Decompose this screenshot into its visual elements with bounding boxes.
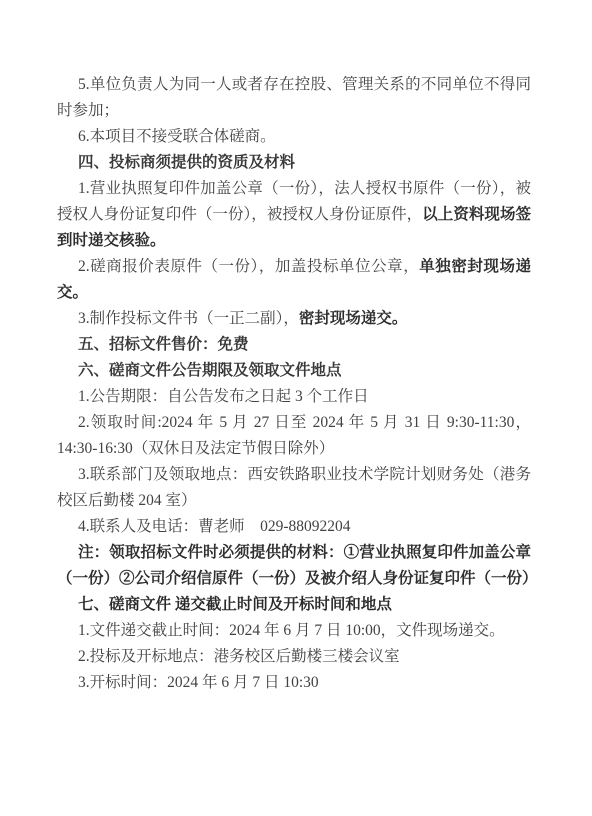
paragraph: 3.开标时间：2024 年 6 月 7 日 10:30 [57, 670, 531, 696]
text-segment: 3.联系部门及领取地点：西安铁路职业技术学院计划财务处（港务校区后勤楼 204 … [57, 466, 531, 509]
text-segment: 3.开标时间：2024 年 6 月 7 日 10:30 [78, 674, 319, 691]
text-segment: 6.本项目不接受联合体磋商。 [78, 128, 276, 145]
document-body: 5.单位负责人为同一人或者存在控股、管理关系的不同单位不得同时参加；6.本项目不… [57, 72, 531, 696]
section-heading: 四、投标商须提供的资质及材料 [57, 150, 531, 176]
paragraph: 1.公告期限：自公告发布之日起 3 个工作日 [57, 384, 531, 410]
paragraph: 5.单位负责人为同一人或者存在控股、管理关系的不同单位不得同时参加； [57, 72, 531, 124]
text-segment: 注：领取招标文件时必须提供的材料：①营业执照复印件加盖公章（一份）②公司介绍信原… [57, 544, 538, 587]
text-segment: 1.公告期限：自公告发布之日起 3 个工作日 [78, 388, 369, 405]
text-segment: 七、磋商文件 递交截止时间及开标时间和地点 [78, 596, 392, 613]
text-segment: 3.制作投标文件书（一正二副）， [78, 310, 299, 327]
paragraph: 1.营业执照复印件加盖公章（一份），法人授权书原件（一份），被授权人身份证复印件… [57, 176, 531, 254]
section-heading: 七、磋商文件 递交截止时间及开标时间和地点 [57, 592, 531, 618]
section-heading: 五、招标文件售价：免费 [57, 332, 531, 358]
document-page: 5.单位负责人为同一人或者存在控股、管理关系的不同单位不得同时参加；6.本项目不… [0, 0, 592, 816]
paragraph: 4.联系人及电话：曹老师 029-88092204 [57, 514, 531, 540]
text-segment: 4.联系人及电话：曹老师 029-88092204 [78, 518, 351, 535]
text-segment: 四、投标商须提供的资质及材料 [78, 154, 295, 171]
paragraph: 2.投标及开标地点：港务校区后勤楼三楼会议室 [57, 644, 531, 670]
paragraph: 2.领取时间:2024 年 5 月 27 日至 2024 年 5 月 31 日 … [57, 410, 531, 462]
text-segment: 1.文件递交截止时间：2024 年 6 月 7 日 10:00，文件现场递交。 [78, 622, 505, 639]
paragraph: 2.磋商报价表原件（一份），加盖投标单位公章，单独密封现场递交。 [57, 254, 531, 306]
paragraph: 1.文件递交截止时间：2024 年 6 月 7 日 10:00，文件现场递交。 [57, 618, 531, 644]
paragraph: 3.联系部门及领取地点：西安铁路职业技术学院计划财务处（港务校区后勤楼 204 … [57, 462, 531, 514]
section-heading: 六、磋商文件公告期限及领取文件地点 [57, 358, 531, 384]
text-segment: 2.领取时间:2024 年 5 月 27 日至 2024 年 5 月 31 日 … [57, 414, 531, 457]
text-segment: 2.投标及开标地点：港务校区后勤楼三楼会议室 [78, 648, 400, 665]
text-segment: 五、招标文件售价：免费 [78, 336, 249, 353]
paragraph: 6.本项目不接受联合体磋商。 [57, 124, 531, 150]
paragraph: 注：领取招标文件时必须提供的材料：①营业执照复印件加盖公章（一份）②公司介绍信原… [57, 540, 531, 592]
paragraph: 3.制作投标文件书（一正二副），密封现场递交。 [57, 306, 531, 332]
text-segment: 六、磋商文件公告期限及领取文件地点 [78, 362, 342, 379]
text-segment: 密封现场递交。 [299, 310, 408, 327]
text-segment: 5.单位负责人为同一人或者存在控股、管理关系的不同单位不得同时参加； [57, 76, 531, 119]
text-segment: 2.磋商报价表原件（一份），加盖投标单位公章， [78, 258, 419, 275]
